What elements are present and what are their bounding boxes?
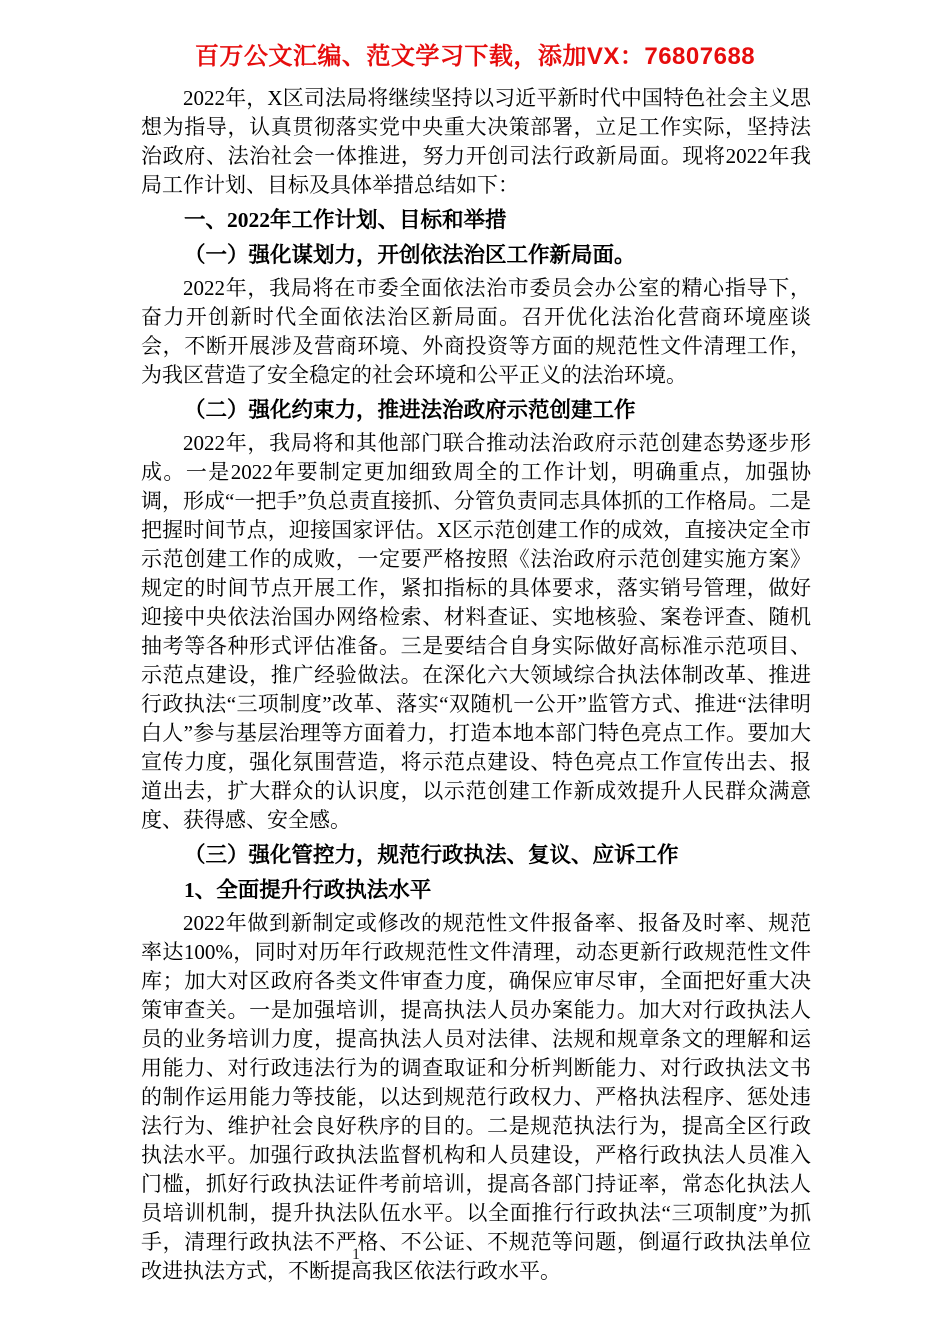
paragraph-subsection-1-2: 2022年，我局将和其他部门联合推动法治政府示范创建态势逐步形成。一是2022年… bbox=[141, 429, 811, 835]
paragraph-subsection-1-1: 2022年，我局将在市委全面依法治市委员会办公室的精心指导下，奋力开创新时代全面… bbox=[141, 274, 811, 390]
paragraph-item-1: 2022年做到新制定或修改的规范性文件报备率、报备及时率、规范率达100%，同时… bbox=[141, 909, 811, 1286]
heading-section-1: 一、2022年工作计划、目标和举措 bbox=[141, 205, 811, 235]
page-number: 1 bbox=[352, 1245, 360, 1265]
heading-item-1: 1、全面提升行政执法水平 bbox=[141, 875, 811, 905]
header-notice: 百万公文汇编、范文学习下载，添加VX：76807688 bbox=[0, 36, 950, 71]
document-body: 2022年，X区司法局将继续坚持以习近平新时代中国特色社会主义思想为指导，认真贯… bbox=[141, 84, 811, 1286]
document-page: 百万公文汇编、范文学习下载，添加VX：76807688 2022年，X区司法局将… bbox=[0, 0, 950, 1344]
heading-subsection-1-2: （二）强化约束力，推进法治政府示范创建工作 bbox=[141, 395, 811, 425]
heading-subsection-1-3: （三）强化管控力，规范行政执法、复议、应诉工作 bbox=[141, 840, 811, 870]
paragraph-intro: 2022年，X区司法局将继续坚持以习近平新时代中国特色社会主义思想为指导，认真贯… bbox=[141, 84, 811, 200]
heading-subsection-1-1: （一）强化谋划力，开创依法治区工作新局面。 bbox=[141, 240, 811, 270]
